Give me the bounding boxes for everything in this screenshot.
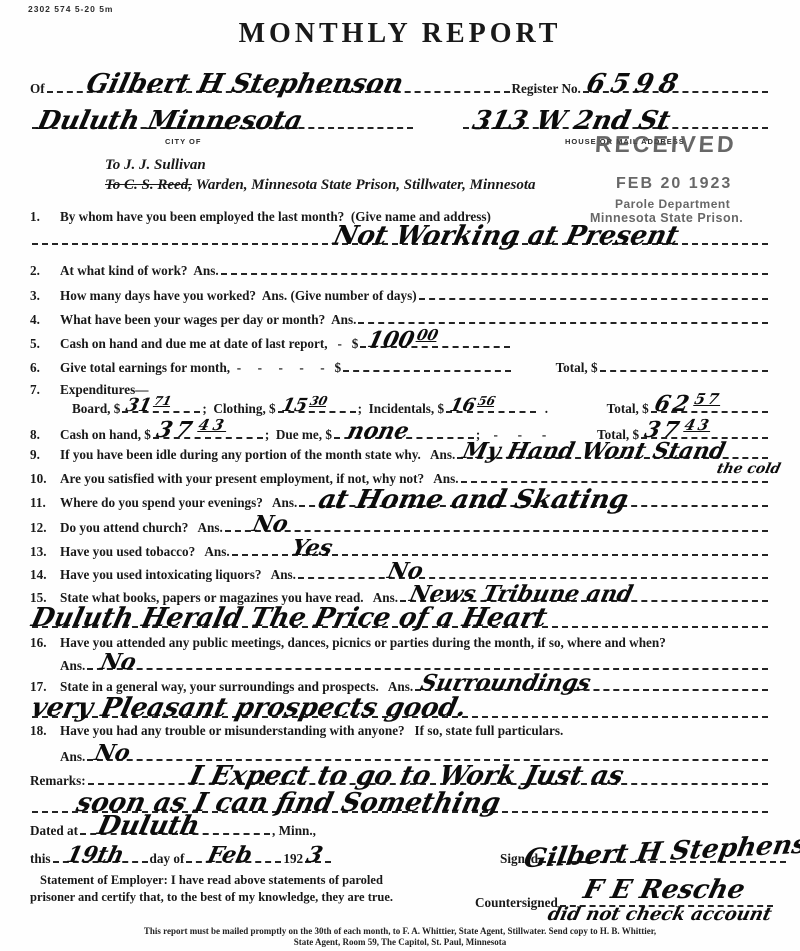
register-no-handwritten: 6598 — [584, 71, 686, 97]
q14-answer-handwritten: No — [385, 560, 425, 582]
q17-answer-handwritten: Surroundings — [419, 672, 593, 694]
month-handwritten: Feb — [206, 844, 255, 866]
q9-number: 9. — [30, 447, 60, 462]
q8-cash-label: Cash on hand, $ — [60, 427, 151, 442]
city-address-row: Duluth Minnesota 313 W 2nd St — [30, 106, 770, 132]
q6-total-label: Total, $ — [556, 360, 598, 375]
q4-answer-line — [358, 322, 768, 324]
q9-text: If you have been idle during any portion… — [60, 447, 455, 462]
q7-incidentals-line: 1656 — [446, 411, 536, 413]
question-7-detail-row: Board, $ 3171 ; Clothing, $ 1530 ; Incid… — [30, 398, 770, 416]
monthly-report-scan: 2302 574 5-20 5m MONTHLY REPORT Of Gilbe… — [0, 0, 800, 951]
name-register-row: Of Gilbert H Stephenson Register No. 659… — [30, 70, 770, 96]
question-9-row: 9. If you have been idle during any port… — [30, 446, 770, 462]
q13-text: Have you used tobacco? Ans. — [60, 544, 230, 559]
day-of-label: day of — [150, 851, 185, 866]
q3-text: How many days have you worked? Ans. (Giv… — [60, 288, 417, 303]
q13-answer-line: Yes — [232, 554, 768, 556]
q8-due-line: none — [334, 437, 474, 439]
q4-number: 4. — [30, 312, 60, 327]
q13-number: 13. — [30, 544, 60, 559]
day-handwritten: 19th — [64, 844, 126, 866]
question-18-row: 18. Have you had any trouble or misunder… — [30, 722, 770, 738]
form-number: 2302 574 5-20 5m — [28, 4, 113, 14]
q16-text: Have you attended any public meetings, d… — [60, 635, 666, 650]
q10-number: 10. — [30, 471, 60, 486]
q18-text: Have you had any trouble or misunderstan… — [60, 723, 563, 738]
check-account-note-handwritten: did not check account — [546, 906, 773, 924]
q7-board-line: 3171 — [122, 411, 200, 413]
q8-cash-handwritten: 3743 — [154, 419, 229, 441]
q7-board-cents: 71 — [153, 394, 173, 408]
q7-total-line: 6257 — [651, 411, 768, 413]
q9-answer-line: My Hand Wont Stand the cold — [457, 457, 768, 459]
employer-statement: Statement of Employer: I have read above… — [30, 872, 430, 905]
q8-due-label: ; Due me, $ — [265, 427, 332, 442]
question-11-row: 11. Where do you spend your evenings? An… — [30, 494, 770, 510]
day-line: 19th — [53, 861, 148, 863]
question-13-row: 13. Have you used tobacco? Ans. Yes — [30, 543, 770, 559]
received-stamp: RECEIVED — [594, 131, 737, 158]
q8-cash-line: 3743 — [153, 437, 263, 439]
q18-number: 18. — [30, 723, 60, 738]
question-16-row: 16. Have you attended any public meeting… — [30, 634, 770, 650]
register-label: Register No. — [512, 81, 581, 96]
q11-answer-handwritten: at Home and Skating — [316, 487, 631, 513]
q8-total-cents: 43 — [683, 416, 714, 434]
q11-text: Where do you spend your evenings? Ans. — [60, 495, 297, 510]
warden-text: Warden, Minnesota State Prison, Stillwat… — [196, 177, 536, 194]
q15-answer2-line: Duluth Herald The Price of a Heart — [32, 626, 768, 628]
page-title: MONTHLY REPORT — [0, 18, 800, 50]
q5-amount-line: 10000 — [360, 346, 510, 348]
q2-answer-line — [221, 273, 768, 275]
q5-amount-dollars: 100 — [365, 327, 417, 353]
q5-text: Cash on hand and due me at date of last … — [60, 336, 328, 351]
q16-answer-handwritten: No — [99, 651, 139, 673]
q7-incidentals-handwritten: 1656 — [448, 397, 496, 415]
q4-text: What have been your wages per day or mon… — [60, 312, 356, 327]
remarks-line1-handwritten: I Expect to go to Work Just as — [187, 763, 626, 789]
q12-answer-handwritten: No — [250, 513, 290, 535]
q8-cash-cents: 43 — [197, 416, 230, 434]
q7-board-label: Board, $ — [60, 401, 120, 416]
signed-row: Signed Gilbert H Stephenson — [500, 848, 788, 866]
q3-answer-line — [419, 298, 768, 300]
q5-amount-cents: 00 — [415, 326, 440, 344]
signature-handwritten: Gilbert H Stephenson — [522, 830, 800, 872]
question-2-row: 2. At what kind of work? Ans. — [30, 262, 770, 278]
q10-text: Are you satisfied with your present empl… — [60, 471, 459, 486]
q15-answer-line: News Tribune and — [400, 600, 768, 602]
q7-incidentals-label: ; Incidentals, $ — [358, 401, 444, 416]
q17-text: State in a general way, your surrounding… — [60, 679, 413, 694]
year-line: 3 — [305, 861, 331, 863]
to-sullivan-text: To J. J. Sullivan — [105, 157, 206, 174]
of-label: Of — [30, 81, 45, 96]
q12-number: 12. — [30, 520, 60, 535]
city-handwritten: Duluth Minnesota — [35, 108, 305, 134]
q11-answer-line: at Home and Skating — [299, 505, 768, 507]
month-line: Feb — [186, 861, 281, 863]
remarks-line1: I Expect to go to Work Just as — [88, 783, 768, 785]
q11-number: 11. — [30, 495, 60, 510]
q17-answer-line: Surroundings — [415, 689, 768, 691]
question-17-answer2-row: very Pleasant prospects good. — [30, 699, 770, 721]
q17-answer2-line: very Pleasant prospects good. — [32, 716, 768, 718]
q7-incidentals-cents: 56 — [477, 394, 497, 408]
name-line: Gilbert H Stephenson — [47, 91, 510, 93]
q7-board-handwritten: 3171 — [124, 397, 172, 415]
q8-cash-dollars: 37 — [154, 417, 199, 443]
question-3-row: 3. How many days have you worked? Ans. (… — [30, 287, 770, 303]
q6-dollar-sign: $ — [334, 360, 341, 375]
q12-text: Do you attend church? Ans. — [60, 520, 223, 535]
q7-clothing-handwritten: 1530 — [280, 397, 328, 415]
this-label: this — [30, 851, 51, 866]
q7-board-dollars: 31 — [124, 395, 154, 416]
q18-answer-handwritten: No — [93, 742, 133, 764]
date-row: this 19th day of Feb 192 3 — [30, 850, 380, 866]
city-line: Duluth Minnesota — [32, 127, 413, 129]
register-line: 6598 — [583, 91, 768, 93]
q5-number: 5. — [30, 336, 60, 351]
q6-dashes: - - - - - — [230, 360, 334, 375]
q14-answer-line: No — [298, 577, 768, 579]
q7-clothing-cents: 30 — [308, 394, 328, 408]
q6-amount-line — [343, 370, 511, 372]
q7-total-cents: 57 — [692, 390, 723, 408]
year-handwritten: 3 — [305, 844, 325, 866]
dated-place-handwritten: Duluth — [95, 813, 202, 839]
question-1-answer-row: Not Working at Present — [30, 226, 770, 248]
date-stamp: FEB 20 1923 — [616, 175, 732, 193]
q6-text: Give total earnings for month, — [60, 360, 230, 375]
q7-total-handwritten: 6257 — [652, 393, 723, 415]
city-field-label: CITY OF — [165, 137, 201, 146]
countersigned-label: Countersigned — [475, 895, 558, 910]
question-17-row: 17. State in a general way, your surroun… — [30, 678, 770, 694]
q17-answer2-handwritten: very Pleasant prospects good. — [29, 695, 469, 721]
q14-text: Have you used intoxicating liquors? Ans. — [60, 567, 296, 582]
q5-dollar-sign: $ — [352, 336, 359, 351]
mailing-note-line2: State Agent, Room 59, The Capitol, St. P… — [0, 937, 800, 947]
q16-ans-label: Ans. — [60, 658, 85, 673]
q18-ans-label: Ans. — [60, 749, 85, 764]
q15-answer-handwritten: News Tribune and — [407, 583, 635, 605]
question-12-row: 12. Do you attend church? Ans. No — [30, 519, 770, 535]
to-sullivan-row: To J. J. Sullivan — [105, 157, 770, 174]
q8-due-handwritten: none — [345, 420, 411, 442]
q6-number: 6. — [30, 360, 60, 375]
q5-amount-handwritten: 10000 — [366, 329, 440, 351]
q2-text: At what kind of work? Ans. — [60, 263, 219, 278]
dated-at-label: Dated at — [30, 823, 78, 838]
dated-row: Dated at Duluth , Minn., — [30, 822, 380, 838]
q16-number: 16. — [30, 635, 60, 650]
q6-total-line — [600, 370, 768, 372]
year-pre-label: 192 — [283, 851, 303, 866]
countersignature-handwritten: F E Resche — [581, 877, 747, 903]
q7-period: . — [538, 401, 548, 416]
q13-answer-handwritten: Yes — [289, 537, 334, 559]
q7-number: 7. — [30, 382, 60, 397]
question-5-row: 5. Cash on hand and due me at date of la… — [30, 335, 770, 351]
signed-line: Gilbert H Stephenson — [540, 861, 786, 863]
q9-answer-handwritten: My Hand Wont Stand — [461, 440, 728, 462]
q7-clothing-line: 1530 — [278, 411, 356, 413]
q17-number: 17. — [30, 679, 60, 694]
q7-incidentals-dollars: 16 — [448, 395, 478, 416]
dated-place-line: Duluth — [80, 833, 270, 835]
q14-number: 14. — [30, 567, 60, 582]
q12-answer-line: No — [225, 530, 768, 532]
q7-total-label: Total, $ — [607, 401, 649, 416]
question-16-answer-row: Ans. No — [30, 655, 770, 673]
question-6-row: 6. Give total earnings for month, - - - … — [30, 359, 770, 375]
q10-answer-line — [461, 481, 768, 483]
remarks-label: Remarks: — [30, 773, 86, 788]
question-15-answer2-row: Duluth Herald The Price of a Heart — [30, 609, 770, 631]
question-10-row: 10. Are you satisfied with your present … — [30, 470, 770, 486]
mailing-note-line1: This report must be mailed promptly on t… — [0, 926, 800, 936]
q1-number: 1. — [30, 209, 60, 224]
q7-clothing-label: ; Clothing, $ — [202, 401, 275, 416]
q7-clothing-dollars: 15 — [279, 395, 309, 416]
q1-answer-line: Not Working at Present — [32, 243, 768, 245]
q2-number: 2. — [30, 263, 60, 278]
q5-dash: - — [328, 336, 352, 351]
remarks-row: Remarks: I Expect to go to Work Just as — [30, 770, 770, 788]
name-handwritten: Gilbert H Stephenson — [84, 71, 406, 97]
q15-answer2-handwritten: Duluth Herald The Price of a Heart — [29, 605, 550, 631]
q7-total-dollars: 62 — [652, 391, 695, 417]
question-4-row: 4. What have been your wages per day or … — [30, 311, 770, 327]
question-14-row: 14. Have you used intoxicating liquors? … — [30, 566, 770, 582]
q1-answer-handwritten: Not Working at Present — [331, 223, 681, 249]
q8-number: 8. — [30, 427, 60, 442]
to-reed-struck-text: To C. S. Reed, — [105, 177, 192, 194]
address-line: 313 W 2nd St — [463, 127, 768, 129]
q3-number: 3. — [30, 288, 60, 303]
minn-label: , Minn., — [272, 823, 316, 838]
